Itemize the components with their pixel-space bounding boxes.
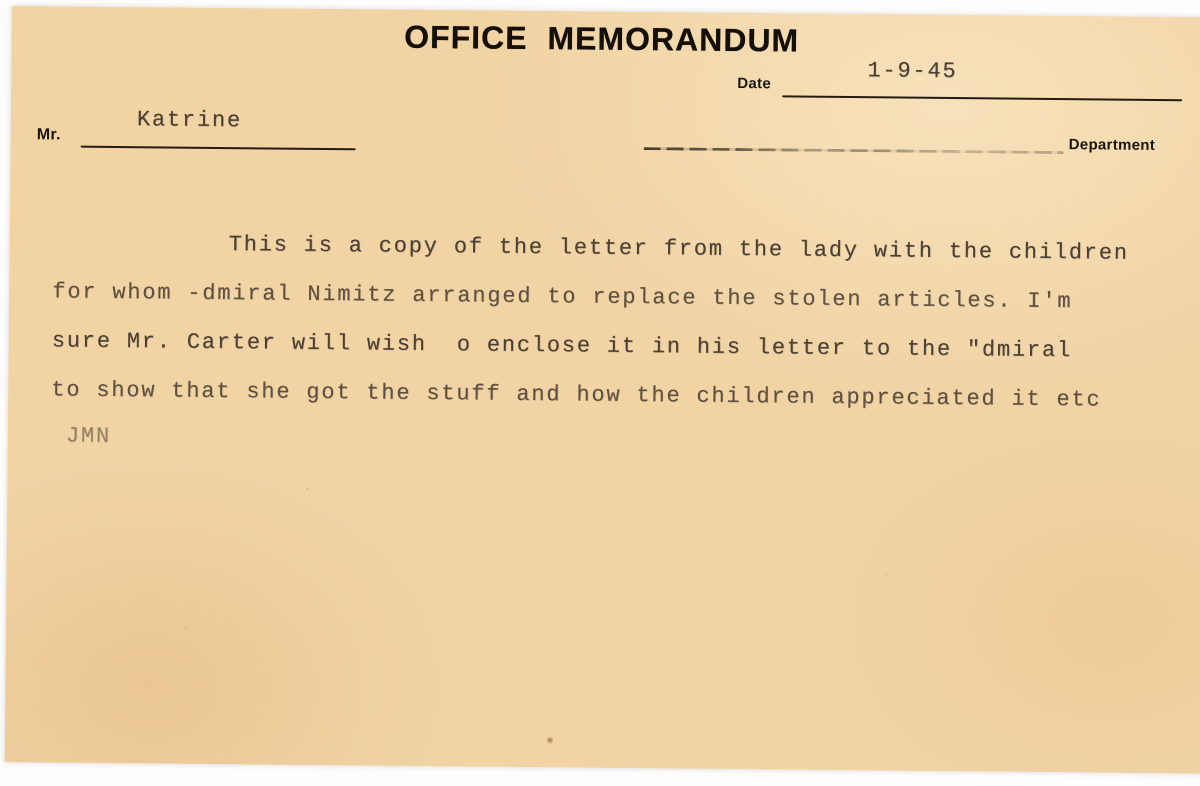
memo-title: OFFICE MEMORANDUM xyxy=(12,15,1192,63)
addressee-field-label: Mr. xyxy=(37,126,61,144)
scan-background: OFFICE MEMORANDUM Date 1-9-45 Mr. Katrin… xyxy=(0,0,1200,786)
department-field-rule xyxy=(644,147,1064,154)
department-field-label: Department xyxy=(1069,136,1156,154)
date-field-value: 1-9-45 xyxy=(867,58,957,84)
signature-initials: JMN xyxy=(51,423,1171,483)
date-field-label: Date xyxy=(737,75,771,92)
memo-body: This is a copy of the letter from the la… xyxy=(51,230,1173,483)
date-field-rule xyxy=(782,95,1182,101)
memo-paper-sheet: OFFICE MEMORANDUM Date 1-9-45 Mr. Katrin… xyxy=(5,6,1200,773)
addressee-field-value: Katrine xyxy=(137,107,242,133)
addressee-field-rule xyxy=(81,146,356,151)
